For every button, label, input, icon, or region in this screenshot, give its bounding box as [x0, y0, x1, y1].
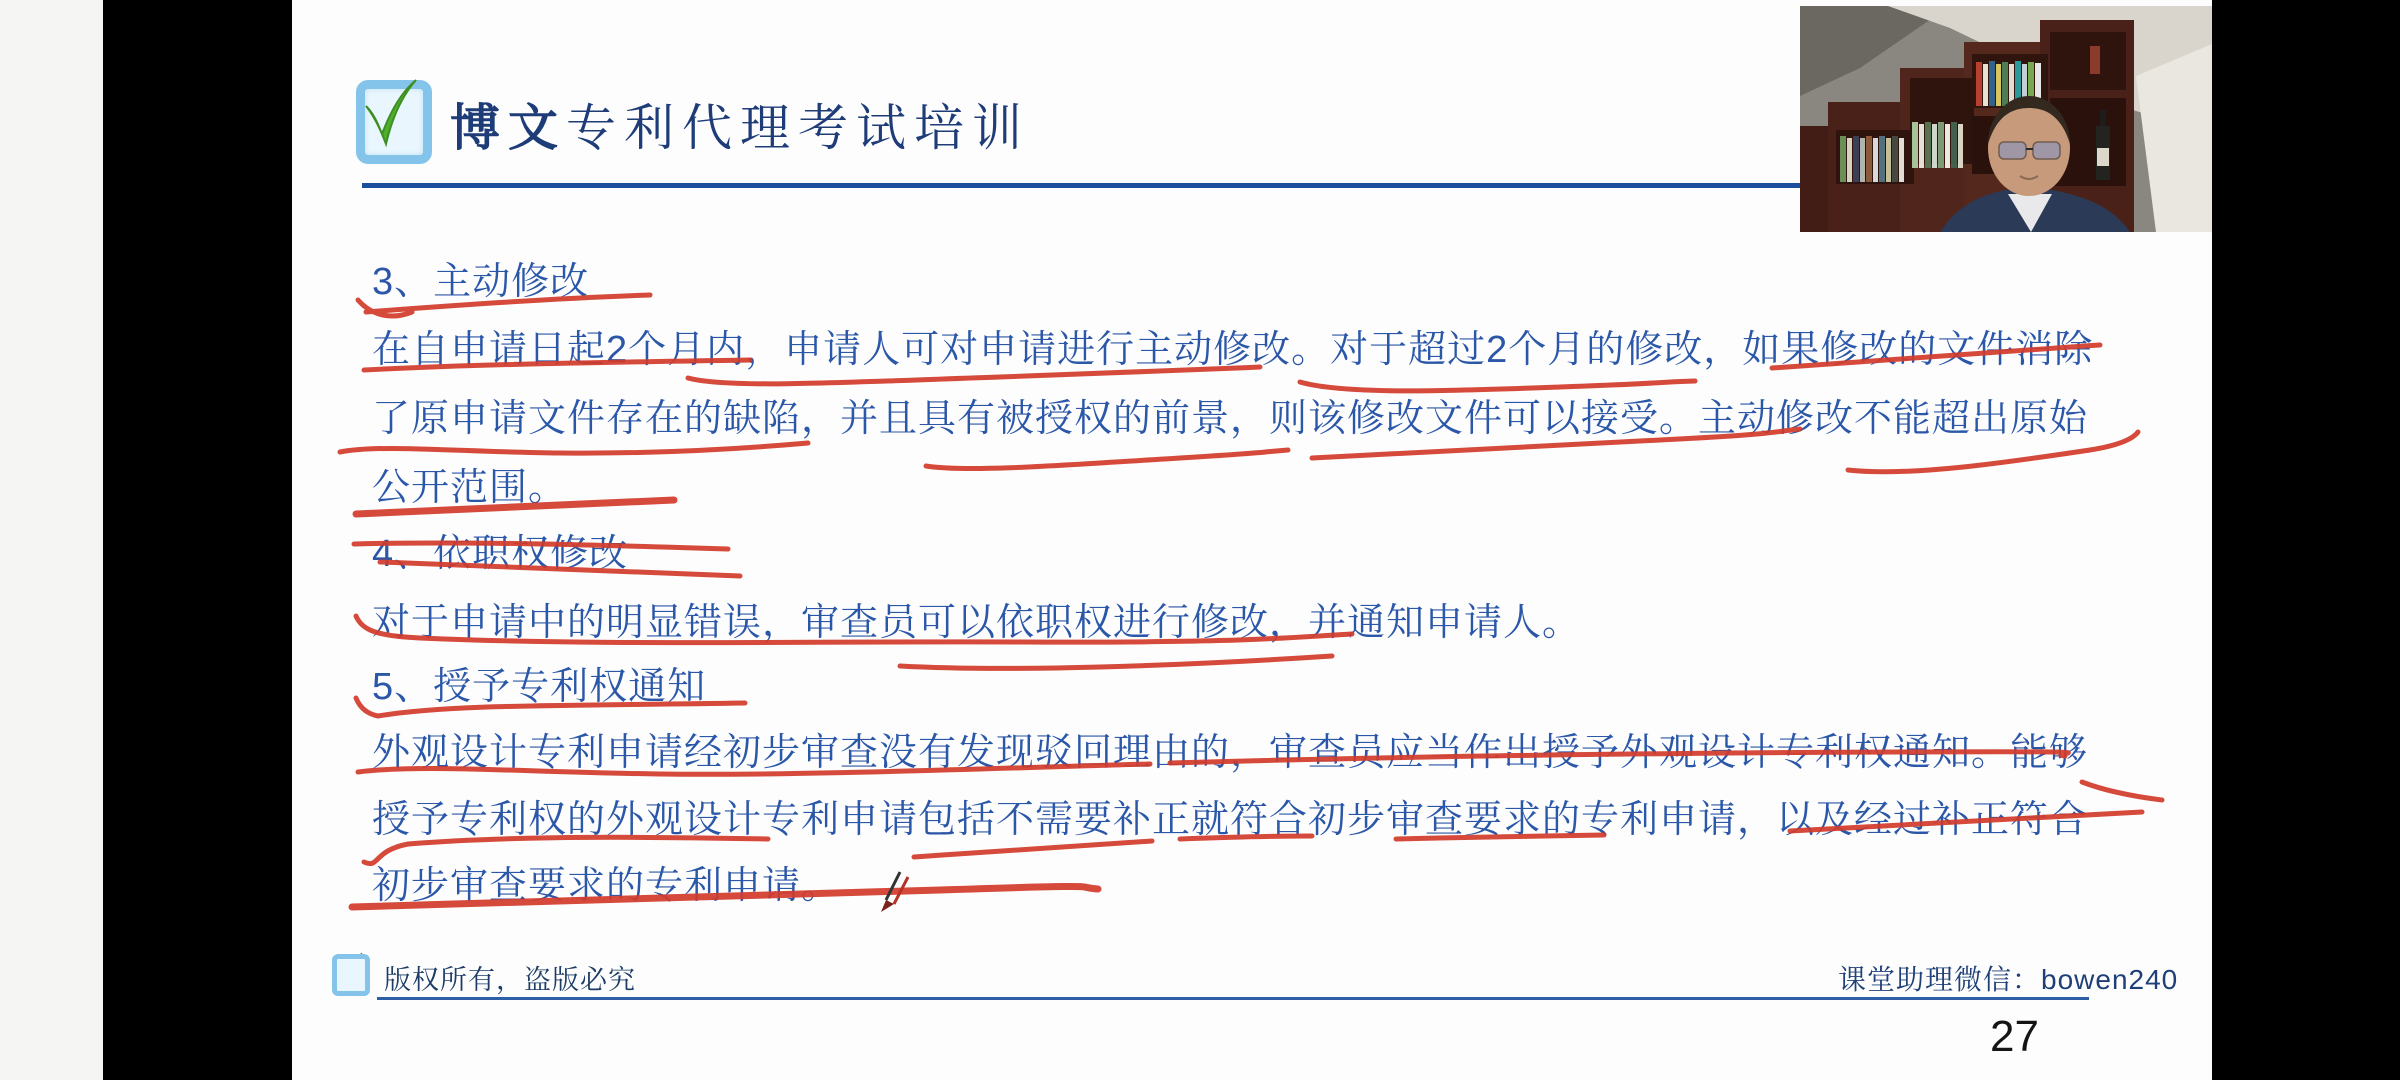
- brand-logo: [352, 70, 426, 158]
- slide-line: 授予专利权的外观设计专利申请包括不需要补正就符合初步审查要求的专利申请，以及经过…: [372, 788, 2088, 843]
- slide-line: 5、授予专利权通知: [372, 655, 706, 710]
- assistant-contact: 课堂助理微信：bowen240: [1838, 958, 2178, 998]
- slide-line: 4、依职权修改: [372, 522, 628, 577]
- checkbox-check-icon: [352, 70, 426, 158]
- shelf-item: [2090, 46, 2100, 74]
- video-frame: 博文专利代理考试培训 3、主动修改 在自申请日起2个月内，申请人可对申请进行主动…: [0, 0, 2400, 1080]
- slide-line: 初步审查要求的专利申请。: [372, 854, 840, 909]
- left-gray-strip: [0, 0, 103, 1080]
- slide-line: 公开范围。: [372, 456, 567, 511]
- checkbox-frame-icon: [332, 954, 370, 996]
- slide-line: 外观设计专利申请经初步审查没有发现驳回理由的，审查员应当作出授予外观设计专利权通…: [372, 721, 2088, 776]
- brand-name: 博文: [450, 100, 566, 156]
- letterbox-left: [103, 0, 292, 1080]
- footer-rule: [377, 997, 2089, 1000]
- slide-line: 对于申请中的明显错误，审查员可以依职权进行修改，并通知申请人。: [372, 591, 1581, 646]
- copyright-text: 版权所有，盗版必究: [384, 958, 636, 997]
- slide-line: 在自申请日起2个月内，申请人可对申请进行主动修改。对于超过2个月的修改，如果修改…: [372, 318, 2093, 373]
- title-rest: 专利代理考试培训: [566, 100, 1030, 156]
- footer-logo: [330, 948, 368, 992]
- page-number: 27: [1990, 1012, 2039, 1062]
- slide-line: 了原申请文件存在的缺陷，并且具有被授权的前景，则该修改文件可以接受。主动修改不能…: [372, 387, 2088, 442]
- slide-line: 3、主动修改: [372, 250, 589, 305]
- webcam-video: [1800, 6, 2212, 232]
- page-title: 博文专利代理考试培训: [450, 88, 1030, 160]
- webcam-scene: [1800, 6, 2212, 232]
- letterbox-right: [2212, 0, 2400, 1080]
